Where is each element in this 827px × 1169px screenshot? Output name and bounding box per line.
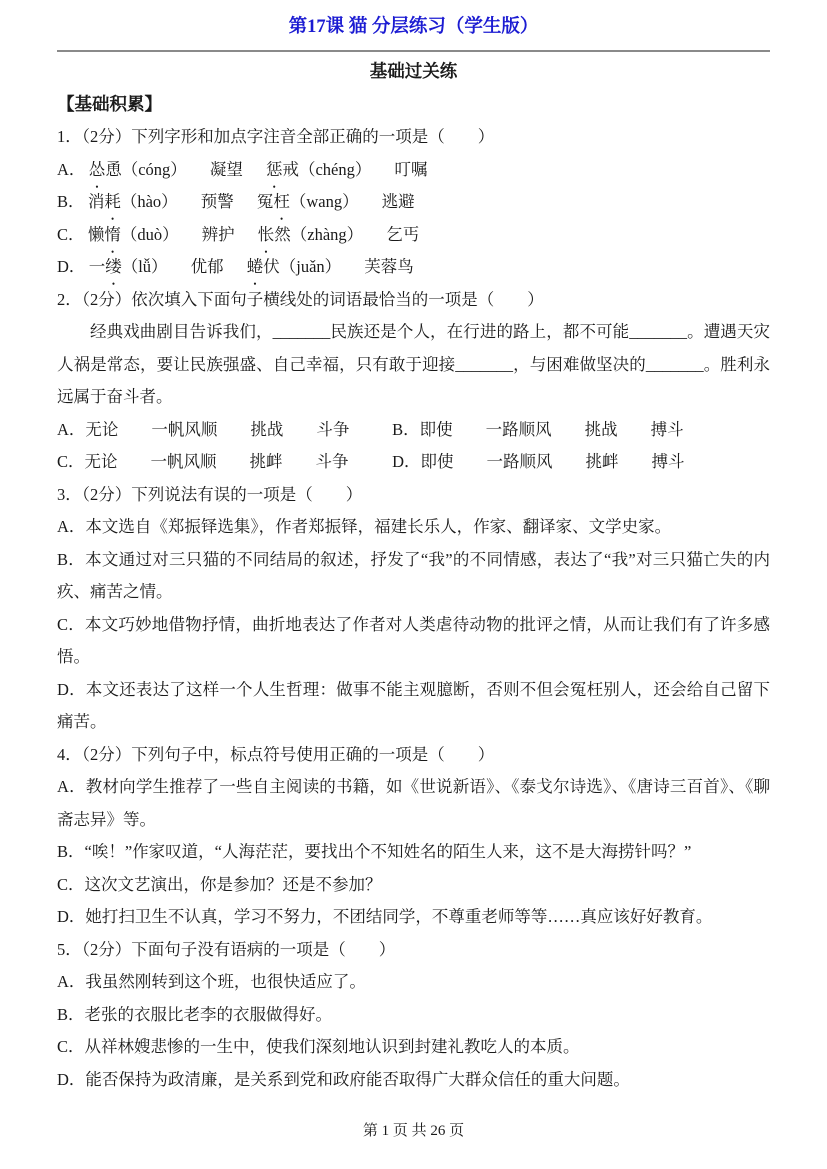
- pinyin-annotation: （chéng）: [299, 160, 371, 179]
- subsection-title: 【基础积累】: [57, 88, 770, 121]
- question-1-option-A: A．怂恿（cóng）凝望惩戒（chéng）叮嘱: [57, 154, 770, 187]
- word-group: 惩戒（chéng）: [266, 160, 371, 179]
- question-3-option-B: B．本文通过对三只猫的不同结局的叙述，抒发了“我”的不同情感，表达了“我”对三只…: [57, 544, 770, 609]
- word-group: 乞丐: [386, 225, 419, 244]
- word-group: 懒惰（duò）: [88, 225, 179, 244]
- question-5-stem: 5．（2分）下面句子没有语病的一项是（ ）: [57, 934, 770, 967]
- question-2-passage: 经典戏曲剧目告诉我们，_______民族还是个人，在行进的路上，都不可能____…: [57, 316, 770, 414]
- question-1: 1．（2分）下列字形和加点字注音全部正确的一项是（ ）A．怂恿（cóng）凝望惩…: [57, 121, 770, 284]
- word-group: 一缕（lǚ）: [89, 257, 168, 276]
- page-number: 第 1 页 共 26 页: [363, 1123, 464, 1139]
- option-label: B．: [57, 192, 85, 211]
- word-group: 芙蓉鸟: [364, 257, 414, 276]
- word-group: 怅然（zhàng）: [258, 225, 363, 244]
- question-3-option-A: A．本文选自《郑振铎选集》，作者郑振铎，福建长乐人，作家、翻译家、文学史家。: [57, 511, 770, 544]
- question-5: 5．（2分）下面句子没有语病的一项是（ ）A．我虽然刚转到这个班，也很快适应了。…: [57, 934, 770, 1097]
- question-5-option-A: A．我虽然刚转到这个班，也很快适应了。: [57, 966, 770, 999]
- dotted-char: 蜷: [247, 251, 264, 284]
- word-group: 凝望: [210, 160, 243, 179]
- question-2-option-D: D．即使 一路顺风 挑衅 搏斗: [392, 446, 770, 479]
- document-title: 第17课 猫 分层练习（学生版）: [57, 12, 770, 42]
- question-1-option-C: C．懒惰（duò）辨护怅然（zhàng）乞丐: [57, 219, 770, 252]
- dotted-char: 枉: [273, 186, 290, 219]
- dotted-char: 耗: [104, 186, 121, 219]
- pinyin-annotation: （zhàng）: [291, 225, 363, 244]
- question-2-option-A: A．无论 一帆风顺 挑战 斗争: [57, 414, 392, 447]
- options-grid: A．无论 一帆风顺 挑战 斗争B．即使 一路顺风 挑战 搏斗C．无论 一帆风顺 …: [57, 414, 770, 479]
- question-3-stem: 3．（2分）下列说法有误的一项是（ ）: [57, 479, 770, 512]
- question-2-option-B: B．即使 一路顺风 挑战 搏斗: [392, 414, 770, 447]
- pinyin-annotation: （duò）: [121, 225, 179, 244]
- word-group: 怂恿（cóng）: [89, 160, 187, 179]
- dotted-char: 惰: [104, 219, 121, 252]
- question-5-option-B: B．老张的衣服比老李的衣服做得好。: [57, 999, 770, 1032]
- dotted-char: 缕: [105, 251, 122, 284]
- section-title: 基础过关练: [57, 56, 770, 86]
- question-4-option-C: C．这次文艺演出，你是参加？还是不参加？: [57, 869, 770, 902]
- pinyin-annotation: （wang）: [290, 192, 359, 211]
- dotted-char: 怅: [258, 219, 275, 252]
- word-group: 优郁: [191, 257, 224, 276]
- option-label: D．: [57, 257, 85, 276]
- question-2-option-C: C．无论 一帆风顺 挑衅 斗争: [57, 446, 392, 479]
- option-label: A．: [57, 160, 85, 179]
- question-1-option-B: B．消耗（hào）预警冤枉（wang）逃避: [57, 186, 770, 219]
- question-3-option-C: C．本文巧妙地借物抒情，曲折地表达了作者对人类虐待动物的批评之情，从而让我们有了…: [57, 609, 770, 674]
- question-5-option-C: C．从祥林嫂悲惨的一生中，使我们深刻地认识到封建礼教吃人的本质。: [57, 1031, 770, 1064]
- question-1-option-D: D．一缕（lǚ）优郁蜷伏（juǎn）芙蓉鸟: [57, 251, 770, 284]
- question-3-option-D: D．本文还表达了这样一个人生哲理：做事不能主观臆断，否则不但会冤枉别人，还会给自…: [57, 674, 770, 739]
- document-page: 第17课 猫 分层练习（学生版） 基础过关练 【基础积累】 1．（2分）下列字形…: [0, 0, 827, 1169]
- dotted-char: 怂: [89, 154, 106, 187]
- pinyin-annotation: （cóng）: [122, 160, 187, 179]
- pinyin-annotation: （lǚ）: [122, 257, 168, 276]
- question-4: 4．（2分）下列句子中，标点符号使用正确的一项是（ ）A．教材向学生推荐了一些自…: [57, 739, 770, 934]
- word-group: 预警: [201, 192, 234, 211]
- option-label: C．: [57, 225, 85, 244]
- word-group: 消耗（hào）: [88, 192, 178, 211]
- question-3: 3．（2分）下列说法有误的一项是（ ）A．本文选自《郑振铎选集》，作者郑振铎，福…: [57, 479, 770, 739]
- dotted-char: 惩: [266, 154, 283, 187]
- word-group: 冤枉（wang）: [257, 192, 359, 211]
- word-group: 辨护: [202, 225, 235, 244]
- question-4-option-A: A．教材向学生推荐了一些自主阅读的书籍，如《世说新语》、《泰戈尔诗选》、《唐诗三…: [57, 771, 770, 836]
- question-2: 2．（2分）依次填入下面句子横线处的词语最恰当的一项是（ ）经典戏曲剧目告诉我们…: [57, 284, 770, 479]
- question-2-stem: 2．（2分）依次填入下面句子横线处的词语最恰当的一项是（ ）: [57, 284, 770, 317]
- question-1-stem: 1．（2分）下列字形和加点字注音全部正确的一项是（ ）: [57, 121, 770, 154]
- pinyin-annotation: （hào）: [121, 192, 178, 211]
- word-group: 叮嘱: [394, 160, 427, 179]
- questions-area: 1．（2分）下列字形和加点字注音全部正确的一项是（ ）A．怂恿（cóng）凝望惩…: [57, 121, 770, 1096]
- word-group: 逃避: [382, 192, 415, 211]
- question-4-option-D: D．她打扫卫生不认真，学习不努力，不团结同学，不尊重老师等等……真应该好好教育。: [57, 901, 770, 934]
- word-group: 蜷伏（juǎn）: [247, 257, 341, 276]
- question-4-stem: 4．（2分）下列句子中，标点符号使用正确的一项是（ ）: [57, 739, 770, 772]
- page-footer: 第 1 页 共 26 页: [0, 1121, 827, 1141]
- title-divider: [57, 50, 770, 52]
- pinyin-annotation: （juǎn）: [280, 257, 341, 276]
- question-5-option-D: D．能否保持为政清廉，是关系到党和政府能否取得广大群众信任的重大问题。: [57, 1064, 770, 1097]
- question-4-option-B: B．“唉！”作家叹道，“人海茫茫，要找出个不知姓名的陌生人来，这不是大海捞针吗？…: [57, 836, 770, 869]
